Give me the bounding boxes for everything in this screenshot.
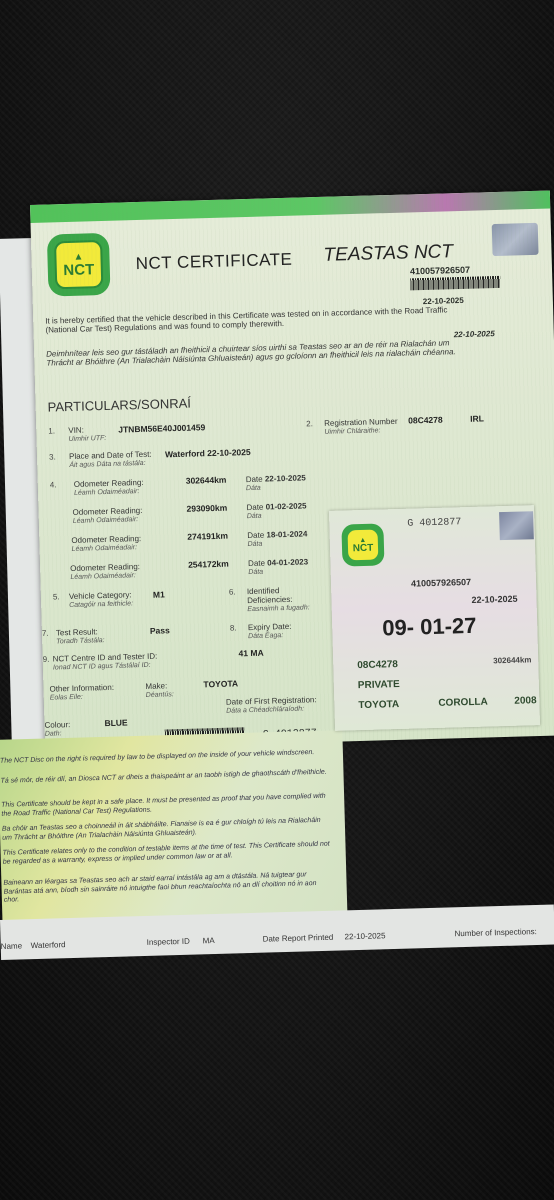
barcode-icon [410, 276, 500, 291]
field-registration: Registration NumberUimhir Chláraithe: [324, 417, 398, 437]
disc-registration: 08C4278 [357, 659, 398, 671]
category-value: M1 [153, 590, 165, 599]
disc-year: 2008 [514, 695, 537, 707]
odometer-label: Odometer Reading:Léamh Odaiméadair: [74, 478, 144, 498]
notice-warranty-ga: Baineann an léargas sa Teastas seo ach a… [3, 871, 334, 906]
result-value: Pass [150, 626, 170, 636]
field-vin: 1. [48, 426, 55, 435]
disc-serial: G 4012877 [407, 517, 461, 530]
certificate-number: 410057926507 [410, 265, 470, 277]
field-result: Test Result:Toradh Tástála: [56, 627, 105, 646]
disc-model: COROLLA [438, 697, 488, 709]
odometer-value: 274191km [187, 532, 228, 542]
country-code: IRL [470, 414, 484, 423]
odometer-value: 302644km [186, 476, 227, 486]
name-value: Waterford [31, 940, 66, 950]
hologram-icon [492, 223, 539, 256]
nct-windscreen-disc: ▲NCT G 4012877 410057926507 22-10-2025 0… [329, 505, 540, 731]
centre-value: 41 MA [238, 649, 263, 659]
odometer-date: Date 01-02-2025Dáta [246, 501, 307, 521]
vin-value: JTNBM56E40J001459 [118, 423, 205, 434]
disc-test-date: 22-10-2025 [471, 594, 517, 605]
odometer-date: Date 04-01-2023Dáta [248, 557, 309, 577]
name-label: Name [1, 941, 23, 951]
make-label: Make:Déantús: [145, 681, 174, 700]
disc-vehicle-type: PRIVATE [358, 679, 400, 691]
odometer-value: 293090km [186, 504, 227, 514]
statement-irish: Deimhnítear leis seo gur tástáladh an fh… [46, 338, 466, 368]
odometer-label: Odometer Reading:Léamh Odaiméadair: [70, 562, 140, 582]
field-place-date: Place and Date of Test:Áit agus Dáta na … [69, 450, 152, 470]
odometer-date: Date 18-01-2024Dáta [247, 529, 308, 549]
odometer-label: Odometer Reading:Léamh Odaiméadair: [72, 506, 142, 526]
disc-odometer: 302644km [493, 655, 532, 665]
field-other-info: Other Information:Eolas Eile: [49, 683, 114, 703]
certificate-title: NCT CERTIFICATE [135, 250, 292, 274]
disc-expiry: 09- 01-27 [382, 613, 477, 642]
inspector-label: Inspector ID [147, 937, 190, 947]
nct-logo-icon: ▲NCT [47, 233, 111, 297]
colour-value: BLUE [104, 718, 127, 728]
notice-keep-en: This Certificate should be kept in a saf… [1, 793, 331, 819]
notice-warranty-en: This Certificate relates only to the con… [2, 841, 332, 867]
disc-certificate-number: 410057926507 [411, 577, 471, 589]
inspector-value: MA [203, 936, 215, 945]
notice-disc-ga: Tá sé mór, de réir dlí, an Diosca NCT ar… [0, 769, 330, 787]
first-registration-label: Date of First Registration:Dáta a Chéadc… [226, 695, 317, 716]
field-expiry: Expiry Date:Dáta Éaga: [248, 622, 292, 641]
place-date-value: Waterford 22-10-2025 [165, 448, 251, 459]
registration-value: 08C4278 [408, 416, 443, 426]
statement-english: It is hereby certified that the vehicle … [45, 305, 465, 335]
field-centre: NCT Centre ID and Tester ID:Ionad NCT ID… [53, 652, 158, 673]
odometer-date: Date 22-10-2025Dáta [246, 473, 307, 493]
notice-disc-en: The NCT Disc on the right is required by… [0, 749, 330, 767]
notice-keep-ga: Ba chóir an Teastas seo a choinneáil in … [2, 817, 332, 843]
printed-value: 22-10-2025 [344, 931, 385, 941]
disc-make: TOYOTA [358, 699, 399, 711]
colour-label: Colour:Dath: [44, 720, 70, 739]
field-category: Vehicle Category:Catagóir na feithicle: [69, 590, 133, 610]
certificate-title-irish: TEASTAS NCT [323, 241, 453, 267]
notices-panel: The NCT Disc on the right is required by… [0, 730, 348, 930]
make-value: TOYOTA [203, 679, 238, 689]
hologram-icon [499, 511, 534, 540]
printed-label: Date Report Printed [263, 933, 334, 944]
odometer-value: 254172km [188, 560, 229, 570]
odometer-label: Odometer Reading:Léamh Odaiméadair: [71, 534, 141, 554]
field-deficiencies: Identified Deficiencies:Easnaimh a fugad… [247, 585, 328, 614]
inspections-label: Number of Inspections: [454, 927, 536, 938]
nct-logo-icon: ▲NCT [341, 523, 384, 566]
section-title: PARTICULARS/SONRAÍ [47, 396, 191, 415]
